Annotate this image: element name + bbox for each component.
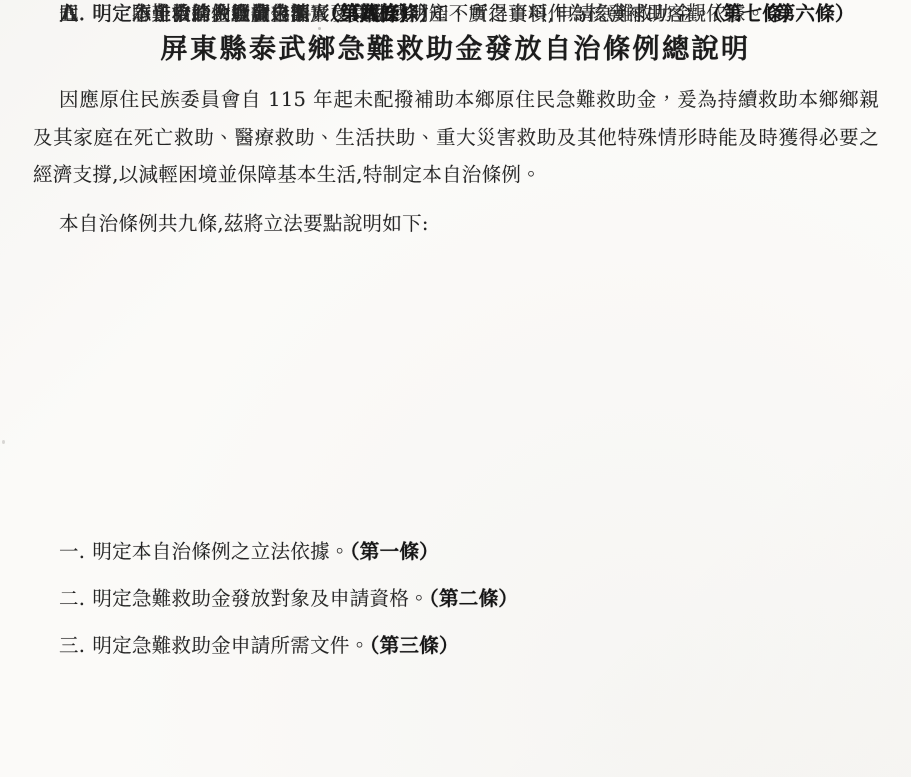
document-title: 屏東縣泰武鄉急難救助金發放自治條例總說明 <box>0 27 911 66</box>
scan-speck <box>2 440 5 444</box>
article-reference: （第三條） <box>370 634 459 657</box>
article-reference: （第七條） <box>713 2 802 25</box>
legislative-point-3: 三.明定急難救助金申請所需文件。（第三條） <box>59 632 459 659</box>
article-reference: （第一條） <box>350 540 439 563</box>
scanned-document-page: 屏東縣泰武鄉急難救助金發放自治條例總說明 因應原住民族委員會自 115 年起未配… <box>0 0 911 777</box>
item-number: 二. <box>59 587 85 610</box>
item-text: 明定本自治條例之立法依據。 <box>92 540 349 563</box>
item-number: 九. <box>59 2 85 25</box>
background-paragraph: 因應原住民族委員會自 115 年起未配撥補助本鄉原住民急難救助金，爰為持續救助本… <box>33 81 879 194</box>
legislative-point-9: 九.明定本自治條例施行日期。（第九條） <box>59 0 419 27</box>
item-number: 一. <box>59 540 85 563</box>
article-reference: （第九條） <box>330 2 419 25</box>
article-reference: （第二條） <box>429 587 518 610</box>
item-text: 明定急難救助金申請所需文件。 <box>92 634 369 657</box>
item-number: 三. <box>59 634 85 657</box>
legislative-point-2: 二.明定急難救助金發放對象及申請資格。（第二條） <box>59 585 518 612</box>
item-text: 明定本自治條例施行日期。 <box>92 2 330 25</box>
legislative-points-intro: 本自治條例共九條,茲將立法要點說明如下: <box>33 210 879 237</box>
item-text: 明定急難救助金發放對象及申請資格。 <box>92 587 429 610</box>
legislative-point-1: 一.明定本自治條例之立法依據。（第一條） <box>59 538 439 565</box>
